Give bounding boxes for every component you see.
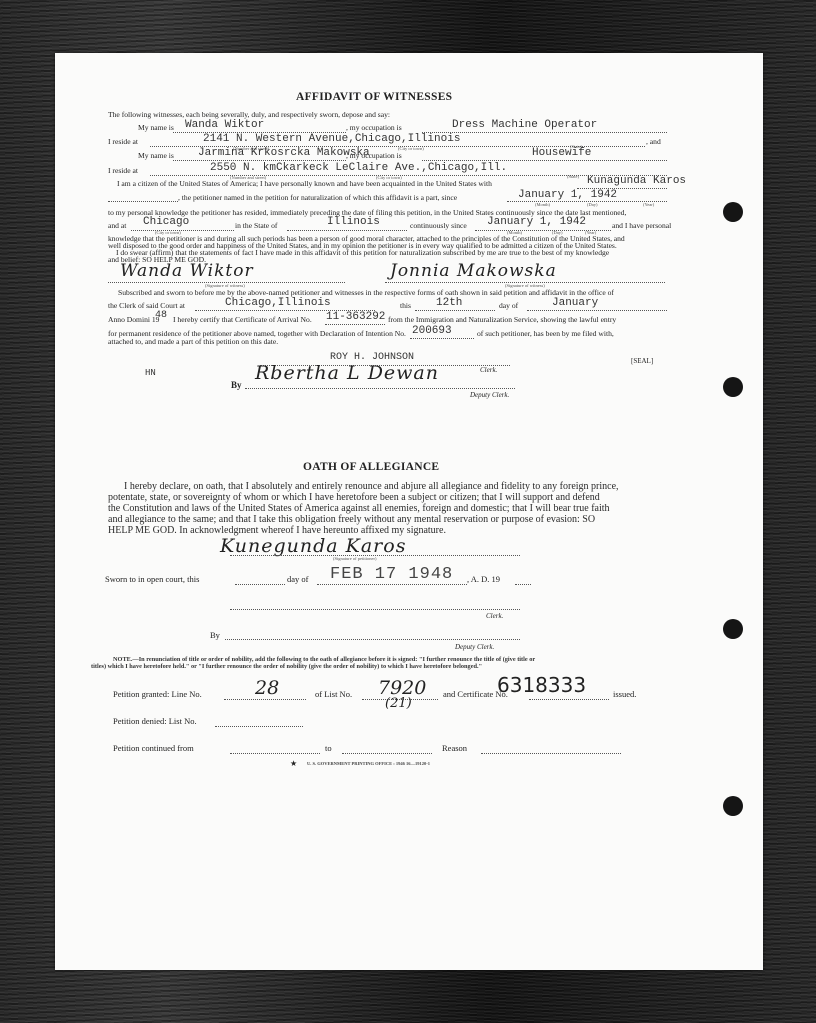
clerk-label: Clerk. <box>480 366 497 374</box>
note-line-2: titles) which I have heretofore held." o… <box>91 663 482 670</box>
oath-line-2: potentate, state, or sovereignty of whom… <box>108 492 600 503</box>
witness2-address: 2550 N. kmCkarkeck LeClaire Ave.,Chicago… <box>210 162 507 174</box>
witness1-occupation: Dress Machine Operator <box>452 119 597 131</box>
sworn-label: Sworn to in open court, this <box>105 574 199 584</box>
seal-label: [SEAL] <box>631 357 653 365</box>
month-value: January <box>552 297 598 309</box>
oath-deputy-label: Deputy Clerk. <box>455 643 494 651</box>
continuously-label: continuously since <box>410 221 467 230</box>
witness1-name-label: My name is <box>138 123 174 132</box>
continuously-date: January 1, 1942 <box>487 216 586 228</box>
arrival-number: 11-363292 <box>326 311 385 323</box>
sworn-date-stamp: FEB 17 1948 <box>330 565 453 584</box>
star-icon: ★ <box>290 759 297 768</box>
list-sub-number: (21) <box>385 696 412 711</box>
reason-label: Reason <box>442 743 467 753</box>
anno-year: 48 <box>155 310 167 321</box>
ad-label: , A. D. 19 <box>467 574 500 584</box>
petitioner-text: , the petitioner named in the petition f… <box>178 193 457 202</box>
granted-label: Petition granted: Line No. <box>113 689 202 699</box>
oath-clerk-label: Clerk. <box>486 612 503 620</box>
issued-label: issued. <box>613 689 636 699</box>
certify-text-2: from the Immigration and Naturalization … <box>388 315 616 324</box>
in-state-label: in the State of <box>235 221 277 230</box>
since-date: January 1, 1942 <box>518 189 617 201</box>
witness2-name: Jarmina Krkosrcka Makowska <box>198 147 370 159</box>
certify-text: I hereby certify that Certificate of Arr… <box>173 315 312 324</box>
state-value: Illinois <box>327 216 380 228</box>
citizen-text: I am a citizen of the United States of A… <box>117 179 492 188</box>
witness2-signature: Jonnia Makowska <box>390 261 557 281</box>
caption-year: (Year) <box>643 202 654 207</box>
attached-text: attached to, and made a part of this pet… <box>108 337 278 346</box>
oath-line-1: I hereby declare, on oath, that I absolu… <box>124 481 619 492</box>
punch-hole-icon <box>723 796 743 816</box>
witness1-reside-label: I reside at <box>108 137 138 146</box>
naturalization-document-page: AFFIDAVIT OF WITNESSES The following wit… <box>55 53 763 970</box>
anno-label: Anno Domini 19 <box>108 315 159 324</box>
clerk-court-label: the Clerk of said Court at <box>108 301 185 310</box>
affidavit-intro: The following witnesses, each being seve… <box>108 110 390 119</box>
initials: HN <box>145 368 156 378</box>
and-at-city: Chicago <box>143 216 189 228</box>
printer-imprint: U. S. GOVERNMENT PRINTING OFFICE : 1946 … <box>307 761 430 766</box>
affidavit-title: AFFIDAVIT OF WITNESSES <box>296 91 452 103</box>
by-label: By <box>231 380 242 390</box>
witness2-occupation: Housewife <box>532 147 591 159</box>
continued-label: Petition continued from <box>113 743 194 753</box>
declaration-number: 200693 <box>412 325 452 337</box>
oath-line-4: and allegiance to the same; and that I t… <box>108 514 595 525</box>
personal-label: and I have personal <box>612 221 671 230</box>
permanent-text-2: of such petitioner, has been by me filed… <box>477 329 614 338</box>
court-city: Chicago,Illinois <box>225 297 331 309</box>
punch-hole-icon <box>723 202 743 222</box>
of-list-label: of List No. <box>315 689 352 699</box>
subscribed-text: Subscribed and sworn to before me by the… <box>118 288 614 297</box>
and-at-label: and at <box>108 221 126 230</box>
certificate-number: 6318333 <box>497 673 586 697</box>
deputy-signature: Rbertha L Dewan <box>255 362 439 384</box>
witness2-name-label: My name is <box>138 151 174 160</box>
caption-state: (State) <box>567 174 579 179</box>
petitioner-name: Kunagunda Karos <box>587 175 686 187</box>
witness1-address: 2141 N. Western Avenue,Chicago,Illinois <box>203 133 460 145</box>
line-number: 28 <box>255 677 279 699</box>
caption-month: (Month) <box>535 202 550 207</box>
witness1-name: Wanda Wiktor <box>185 119 264 131</box>
oath-line-3: the Constitution and laws of the United … <box>108 503 610 514</box>
oath-by-label: By <box>210 630 220 640</box>
caption-day: (Day) <box>587 202 598 207</box>
deputy-label: Deputy Clerk. <box>470 391 509 399</box>
witness2-occupation-label: , my occupation is <box>346 151 402 160</box>
petitioner-signature: Kunegunda Karos <box>220 535 406 557</box>
punch-hole-icon <box>723 619 743 639</box>
witness1-signature: Wanda Wiktor <box>120 261 254 281</box>
sworn-day-of-label: day of <box>287 574 308 584</box>
this-label: this <box>400 301 411 310</box>
and-label: , and <box>646 137 661 146</box>
witness2-reside-label: I reside at <box>108 166 138 175</box>
day-value: 12th <box>436 297 462 309</box>
day-of-label: day of <box>499 301 518 310</box>
denied-label: Petition denied: List No. <box>113 716 197 726</box>
to-label: to <box>325 743 332 753</box>
caption-signature-petitioner: (Signature of petitioner) <box>333 556 377 561</box>
note-line-1: NOTE.—In renunciation of title or order … <box>113 656 535 663</box>
oath-title: OATH OF ALLEGIANCE <box>303 461 439 473</box>
witness1-occupation-label: , my occupation is <box>346 123 402 132</box>
punch-hole-icon <box>723 377 743 397</box>
